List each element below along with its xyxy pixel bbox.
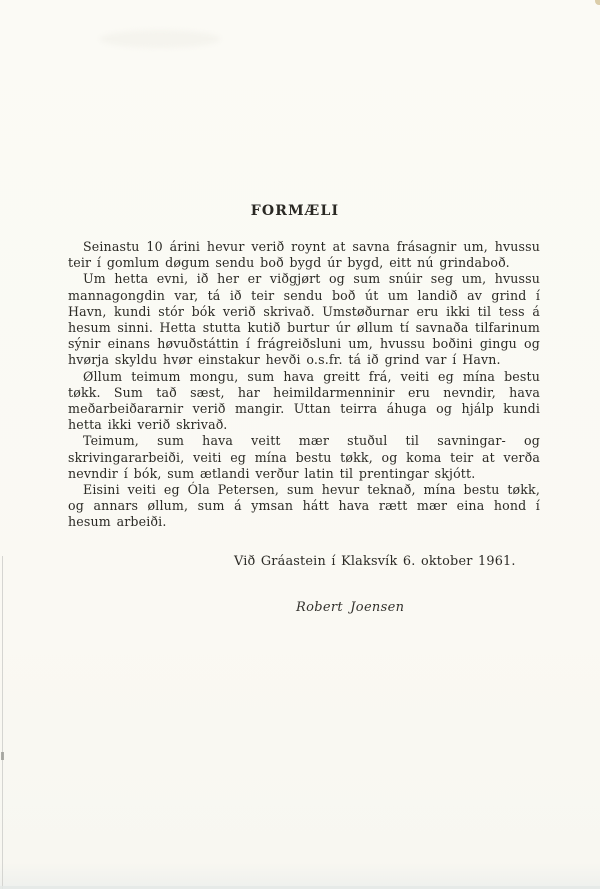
foreword-text-block: FORMÆLI Seinastu 10 árini hevur verið ro… — [68, 203, 540, 615]
scan-edge-mark — [1, 752, 4, 760]
scan-edge-line — [2, 556, 3, 889]
page-title: FORMÆLI — [68, 203, 522, 219]
paragraph-1: Seinastu 10 árini hevur verið roynt at s… — [68, 239, 540, 271]
paragraph-2: Um hetta evni, ið her er viðgjørt og sum… — [68, 271, 540, 368]
scanned-book-page: FORMÆLI Seinastu 10 árini hevur verið ro… — [0, 0, 600, 889]
author-signature: Robert Joensen — [296, 600, 540, 615]
paper-smudge — [100, 30, 220, 48]
dateline: Við Gráastein í Klaksvík 6. oktober 1961… — [234, 554, 540, 569]
paragraph-3: Øllum teimum mongu, sum hava greitt frá,… — [68, 369, 540, 434]
paragraph-5: Eisini veiti eg Óla Petersen, sum hevur … — [68, 482, 540, 531]
paragraph-4: Teimum, sum hava veitt mær stuðul til sa… — [68, 433, 540, 482]
scan-corner-speck — [595, 0, 600, 5]
